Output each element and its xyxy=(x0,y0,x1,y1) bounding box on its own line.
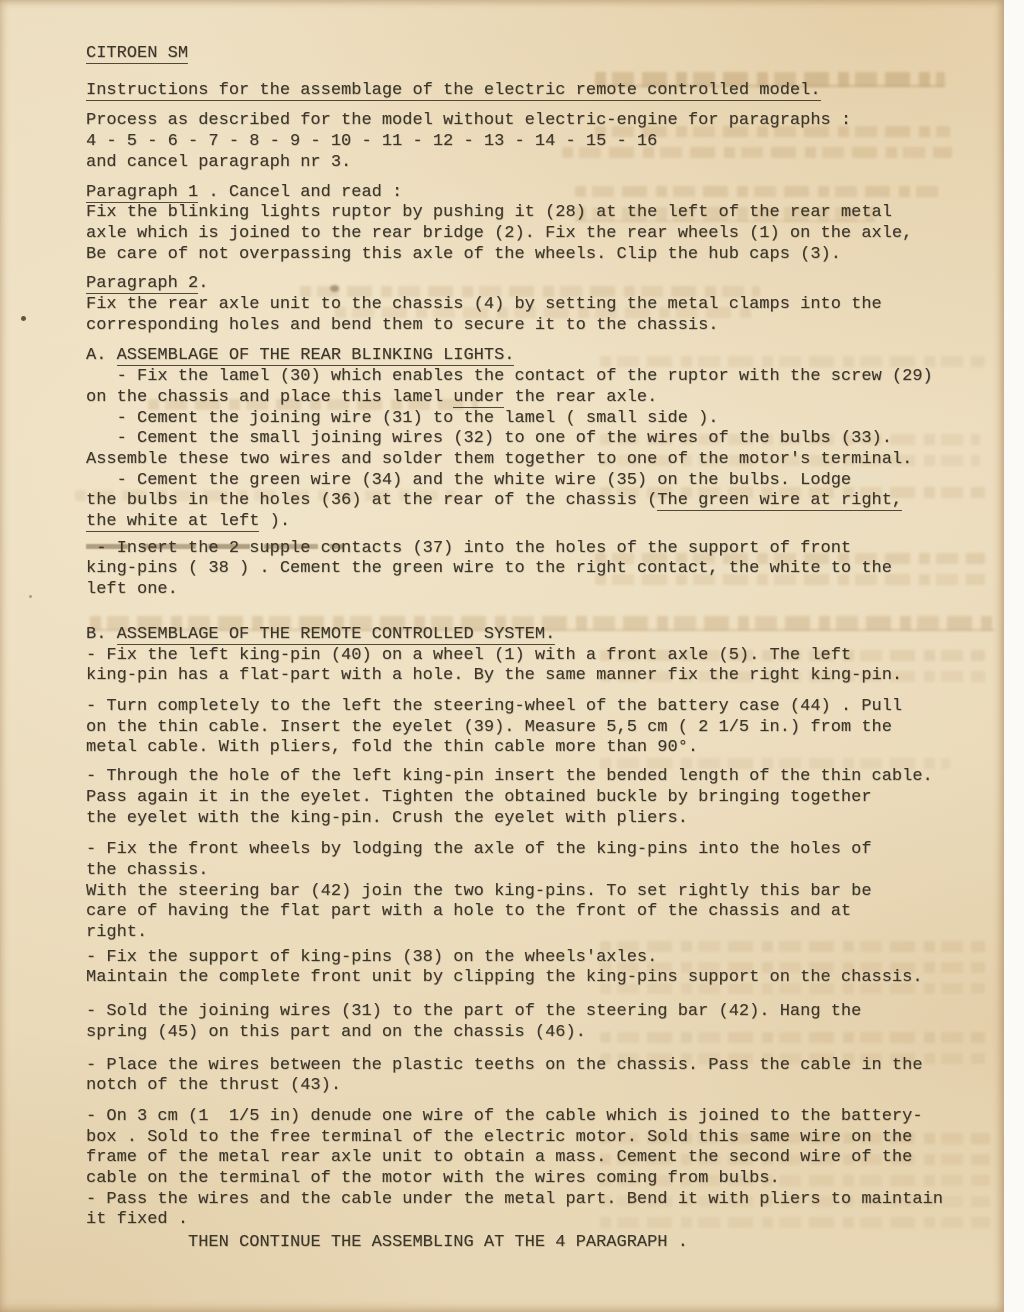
text-segment: under xyxy=(453,388,504,408)
closing-note: THEN CONTINUE THE ASSEMBLING AT THE 4 PA… xyxy=(86,1233,954,1254)
text-segment: The green wire at right, xyxy=(657,491,902,511)
text-line: corresponding holes and bend them to sec… xyxy=(86,316,954,337)
paragraph-2-heading: Paragraph 2. xyxy=(86,274,954,295)
text-segment: - Fix the front wheels by lodging the ax… xyxy=(86,840,872,859)
text-segment: it fixed . xyxy=(86,1210,188,1229)
text-line: - Cement the green wire (34) and the whi… xyxy=(86,471,954,492)
text-line: - Fix the support of king-pins (38) on t… xyxy=(86,948,954,969)
text-segment: Process as described for the model witho… xyxy=(86,111,851,130)
text-segment: - Cement the small joining wires (32) to… xyxy=(86,429,892,448)
text-segment: notch of the thrust (43). xyxy=(86,1076,341,1095)
text-line: Maintain the complete front unit by clip… xyxy=(86,968,954,989)
text-segment: on the thin cable. Insert the eyelet (39… xyxy=(86,718,892,737)
text-line: axle which is joined to the rear bridge … xyxy=(86,224,954,245)
text-segment: left one. xyxy=(86,580,178,599)
text-line: the chassis. xyxy=(86,861,954,882)
text-segment: the eyelet with the king-pin. Crush the … xyxy=(86,809,688,828)
text-segment: . xyxy=(198,274,208,293)
text-segment: the chassis. xyxy=(86,861,208,880)
text-line: - Turn completely to the left the steeri… xyxy=(86,697,954,718)
text-line: - Pass the wires and the cable under the… xyxy=(86,1190,954,1211)
text-line: the eyelet with the king-pin. Crush the … xyxy=(86,809,954,830)
through-hole-paragraph: - Through the hole of the left king-pin … xyxy=(86,767,954,829)
text-segment: axle which is joined to the rear bridge … xyxy=(86,224,912,243)
text-segment: ASSEMBLAGE OF THE REAR BLINKING LIGHTS. xyxy=(117,346,515,366)
text-segment: Fix the rear axle unit to the chassis (4… xyxy=(86,295,882,314)
section-a-heading: A. ASSEMBLAGE OF THE REAR BLINKING LIGHT… xyxy=(86,346,954,367)
section-a: A. ASSEMBLAGE OF THE REAR BLINKING LIGHT… xyxy=(86,346,954,532)
text-line: With the steering bar (42) join the two … xyxy=(86,882,954,903)
text-segment: and cancel paragraph nr 3. xyxy=(86,153,351,172)
text-line: - Place the wires between the plastic te… xyxy=(86,1056,954,1077)
text-segment: - Turn completely to the left the steeri… xyxy=(86,697,902,716)
text-segment: spring (45) on this part and on the chas… xyxy=(86,1023,586,1042)
text-line: metal cable. With pliers, fold the thin … xyxy=(86,738,954,759)
ink-speck xyxy=(21,316,26,321)
text-line: Process as described for the model witho… xyxy=(86,111,954,132)
paragraph-1: Paragraph 1 . Cancel and read :Fix the b… xyxy=(86,183,954,266)
text-segment: Paragraph 2 xyxy=(86,274,198,294)
doc-title-line: CITROEN SM xyxy=(86,44,954,65)
text-segment: frame of the metal rear axle unit to obt… xyxy=(86,1148,912,1167)
text-line: notch of the thrust (43). xyxy=(86,1076,954,1097)
scan-background: { "page": { "kind": "scanned typewritten… xyxy=(0,0,1024,1312)
turn-steering-paragraph: - Turn completely to the left the steeri… xyxy=(86,697,954,759)
solder-wires-paragraph: - Sold the joining wires (31) to the par… xyxy=(86,1002,954,1043)
text-segment: corresponding holes and bend them to sec… xyxy=(86,316,719,335)
fix-support-paragraph: - Fix the support of king-pins (38) on t… xyxy=(86,948,954,989)
text-segment: - Fix the left king-pin (40) on a wheel … xyxy=(86,646,851,665)
text-line: - Insert the 2 supple contacts (37) into… xyxy=(86,539,954,560)
text-segment: cable on the terminal of the motor with … xyxy=(86,1169,780,1188)
text-segment: ). xyxy=(259,512,290,531)
document-page: CITROEN SMInstructions for the assemblag… xyxy=(0,0,1005,1312)
text-line: - Cement the joining wire (31) to the la… xyxy=(86,409,954,430)
text-segment: the rear axle. xyxy=(504,388,657,407)
text-line: and cancel paragraph nr 3. xyxy=(86,153,954,174)
text-segment: metal cable. With pliers, fold the thin … xyxy=(86,738,698,757)
text-segment: THEN CONTINUE THE ASSEMBLING AT THE 4 PA… xyxy=(86,1233,688,1252)
text-segment: ASSEMBLAGE OF THE REMOTE CONTROLLED SYST… xyxy=(117,625,556,645)
text-segment: - Fix the support of king-pins (38) on t… xyxy=(86,948,657,967)
text-segment: Instructions for the assemblage of the e… xyxy=(86,81,821,101)
intro-paragraph: Process as described for the model witho… xyxy=(86,111,954,173)
section-b-heading: B. ASSEMBLAGE OF THE REMOTE CONTROLLED S… xyxy=(86,625,954,646)
text-line: - On 3 cm (1 1/5 in) denude one wire of … xyxy=(86,1107,954,1128)
text-line: care of having the flat part with a hole… xyxy=(86,902,954,923)
text-segment: king-pins ( 38 ) . Cement the green wire… xyxy=(86,559,892,578)
text-segment: . Cancel and read : xyxy=(198,183,402,202)
text-segment: the white at left xyxy=(86,512,259,532)
text-line: cable on the terminal of the motor with … xyxy=(86,1169,954,1190)
text-segment: - Insert the 2 supple contacts (37) into… xyxy=(86,539,851,558)
text-segment: CITROEN SM xyxy=(86,44,188,64)
text-segment: Fix the blinking lights ruptor by pushin… xyxy=(86,203,892,222)
text-line: king-pin has a flat-part with a hole. By… xyxy=(86,666,954,687)
text-line: right. xyxy=(86,923,954,944)
ink-speck xyxy=(29,595,32,598)
insert-contacts-paragraph: - Insert the 2 supple contacts (37) into… xyxy=(86,539,954,601)
text-segment: A. xyxy=(86,346,117,365)
closing-note-line: THEN CONTINUE THE ASSEMBLING AT THE 4 PA… xyxy=(86,1233,954,1254)
text-segment: Paragraph 1 xyxy=(86,183,198,203)
text-line: the white at left ). xyxy=(86,512,954,533)
text-segment: king-pin has a flat-part with a hole. By… xyxy=(86,666,902,685)
text-segment: - On 3 cm (1 1/5 in) denude one wire of … xyxy=(86,1107,923,1126)
text-segment: Pass again it in the eyelet. Tighten the… xyxy=(86,788,872,807)
text-line: Pass again it in the eyelet. Tighten the… xyxy=(86,788,954,809)
text-segment: care of having the flat part with a hole… xyxy=(86,902,851,921)
place-wires-paragraph: - Place the wires between the plastic te… xyxy=(86,1056,954,1097)
text-line: the bulbs in the holes (36) at the rear … xyxy=(86,491,954,512)
text-line: - Cement the small joining wires (32) to… xyxy=(86,429,954,450)
text-line: Assemble these two wires and solder them… xyxy=(86,450,954,471)
text-segment: B. xyxy=(86,625,117,644)
doc-subtitle-line: Instructions for the assemblage of the e… xyxy=(86,81,954,102)
text-line: left one. xyxy=(86,580,954,601)
text-segment: Assemble these two wires and solder them… xyxy=(86,450,912,469)
text-segment: right. xyxy=(86,923,147,942)
paragraph-number-list: 4 - 5 - 6 - 7 - 8 - 9 - 10 - 11 - 12 - 1… xyxy=(86,132,954,153)
text-segment: - Sold the joining wires (31) to the par… xyxy=(86,1002,861,1021)
text-line: spring (45) on this part and on the chas… xyxy=(86,1023,954,1044)
fix-front-wheels-paragraph: - Fix the front wheels by lodging the ax… xyxy=(86,840,954,944)
text-line: Fix the rear axle unit to the chassis (4… xyxy=(86,295,954,316)
text-line: Fix the blinking lights ruptor by pushin… xyxy=(86,203,954,224)
document-body: CITROEN SMInstructions for the assemblag… xyxy=(0,0,1004,1254)
text-segment: With the steering bar (42) join the two … xyxy=(86,882,872,901)
section-b: B. ASSEMBLAGE OF THE REMOTE CONTROLLED S… xyxy=(86,625,954,687)
text-segment: - Fix the lamel (30) which enables the c… xyxy=(86,367,933,386)
text-line: - Sold the joining wires (31) to the par… xyxy=(86,1002,954,1023)
text-segment: - Pass the wires and the cable under the… xyxy=(86,1190,943,1209)
text-line: on the thin cable. Insert the eyelet (39… xyxy=(86,718,954,739)
text-segment: the bulbs in the holes (36) at the rear … xyxy=(86,491,657,510)
text-line: - Fix the lamel (30) which enables the c… xyxy=(86,367,954,388)
text-segment: - Cement the green wire (34) and the whi… xyxy=(86,471,851,490)
text-segment: box . Sold to the free terminal of the e… xyxy=(86,1128,912,1147)
text-line: - Through the hole of the left king-pin … xyxy=(86,767,954,788)
doc-subtitle: Instructions for the assemblage of the e… xyxy=(86,81,954,102)
text-segment: - Through the hole of the left king-pin … xyxy=(86,767,933,786)
text-segment: Maintain the complete front unit by clip… xyxy=(86,968,923,987)
text-line: frame of the metal rear axle unit to obt… xyxy=(86,1148,954,1169)
text-line: it fixed . xyxy=(86,1210,954,1231)
text-segment: - Cement the joining wire (31) to the la… xyxy=(86,409,719,428)
text-line: - Fix the front wheels by lodging the ax… xyxy=(86,840,954,861)
text-line: box . Sold to the free terminal of the e… xyxy=(86,1128,954,1149)
text-line: - Fix the left king-pin (40) on a wheel … xyxy=(86,646,954,667)
text-line: Be care of not overpassing this axle of … xyxy=(86,245,954,266)
text-segment: 4 - 5 - 6 - 7 - 8 - 9 - 10 - 11 - 12 - 1… xyxy=(86,132,657,151)
text-segment: on the chassis and place this lamel xyxy=(86,388,453,407)
text-segment: - Place the wires between the plastic te… xyxy=(86,1056,923,1075)
scanner-margin xyxy=(1004,0,1024,1312)
doc-title: CITROEN SM xyxy=(86,44,954,65)
ink-speck xyxy=(330,285,339,292)
text-line: on the chassis and place this lamel unde… xyxy=(86,388,954,409)
paragraph-1-heading: Paragraph 1 . Cancel and read : xyxy=(86,183,954,204)
text-line: king-pins ( 38 ) . Cement the green wire… xyxy=(86,559,954,580)
paragraph-2: Paragraph 2.Fix the rear axle unit to th… xyxy=(86,274,954,336)
text-segment: Be care of not overpassing this axle of … xyxy=(86,245,841,264)
battery-cable-paragraph: - On 3 cm (1 1/5 in) denude one wire of … xyxy=(86,1107,954,1231)
